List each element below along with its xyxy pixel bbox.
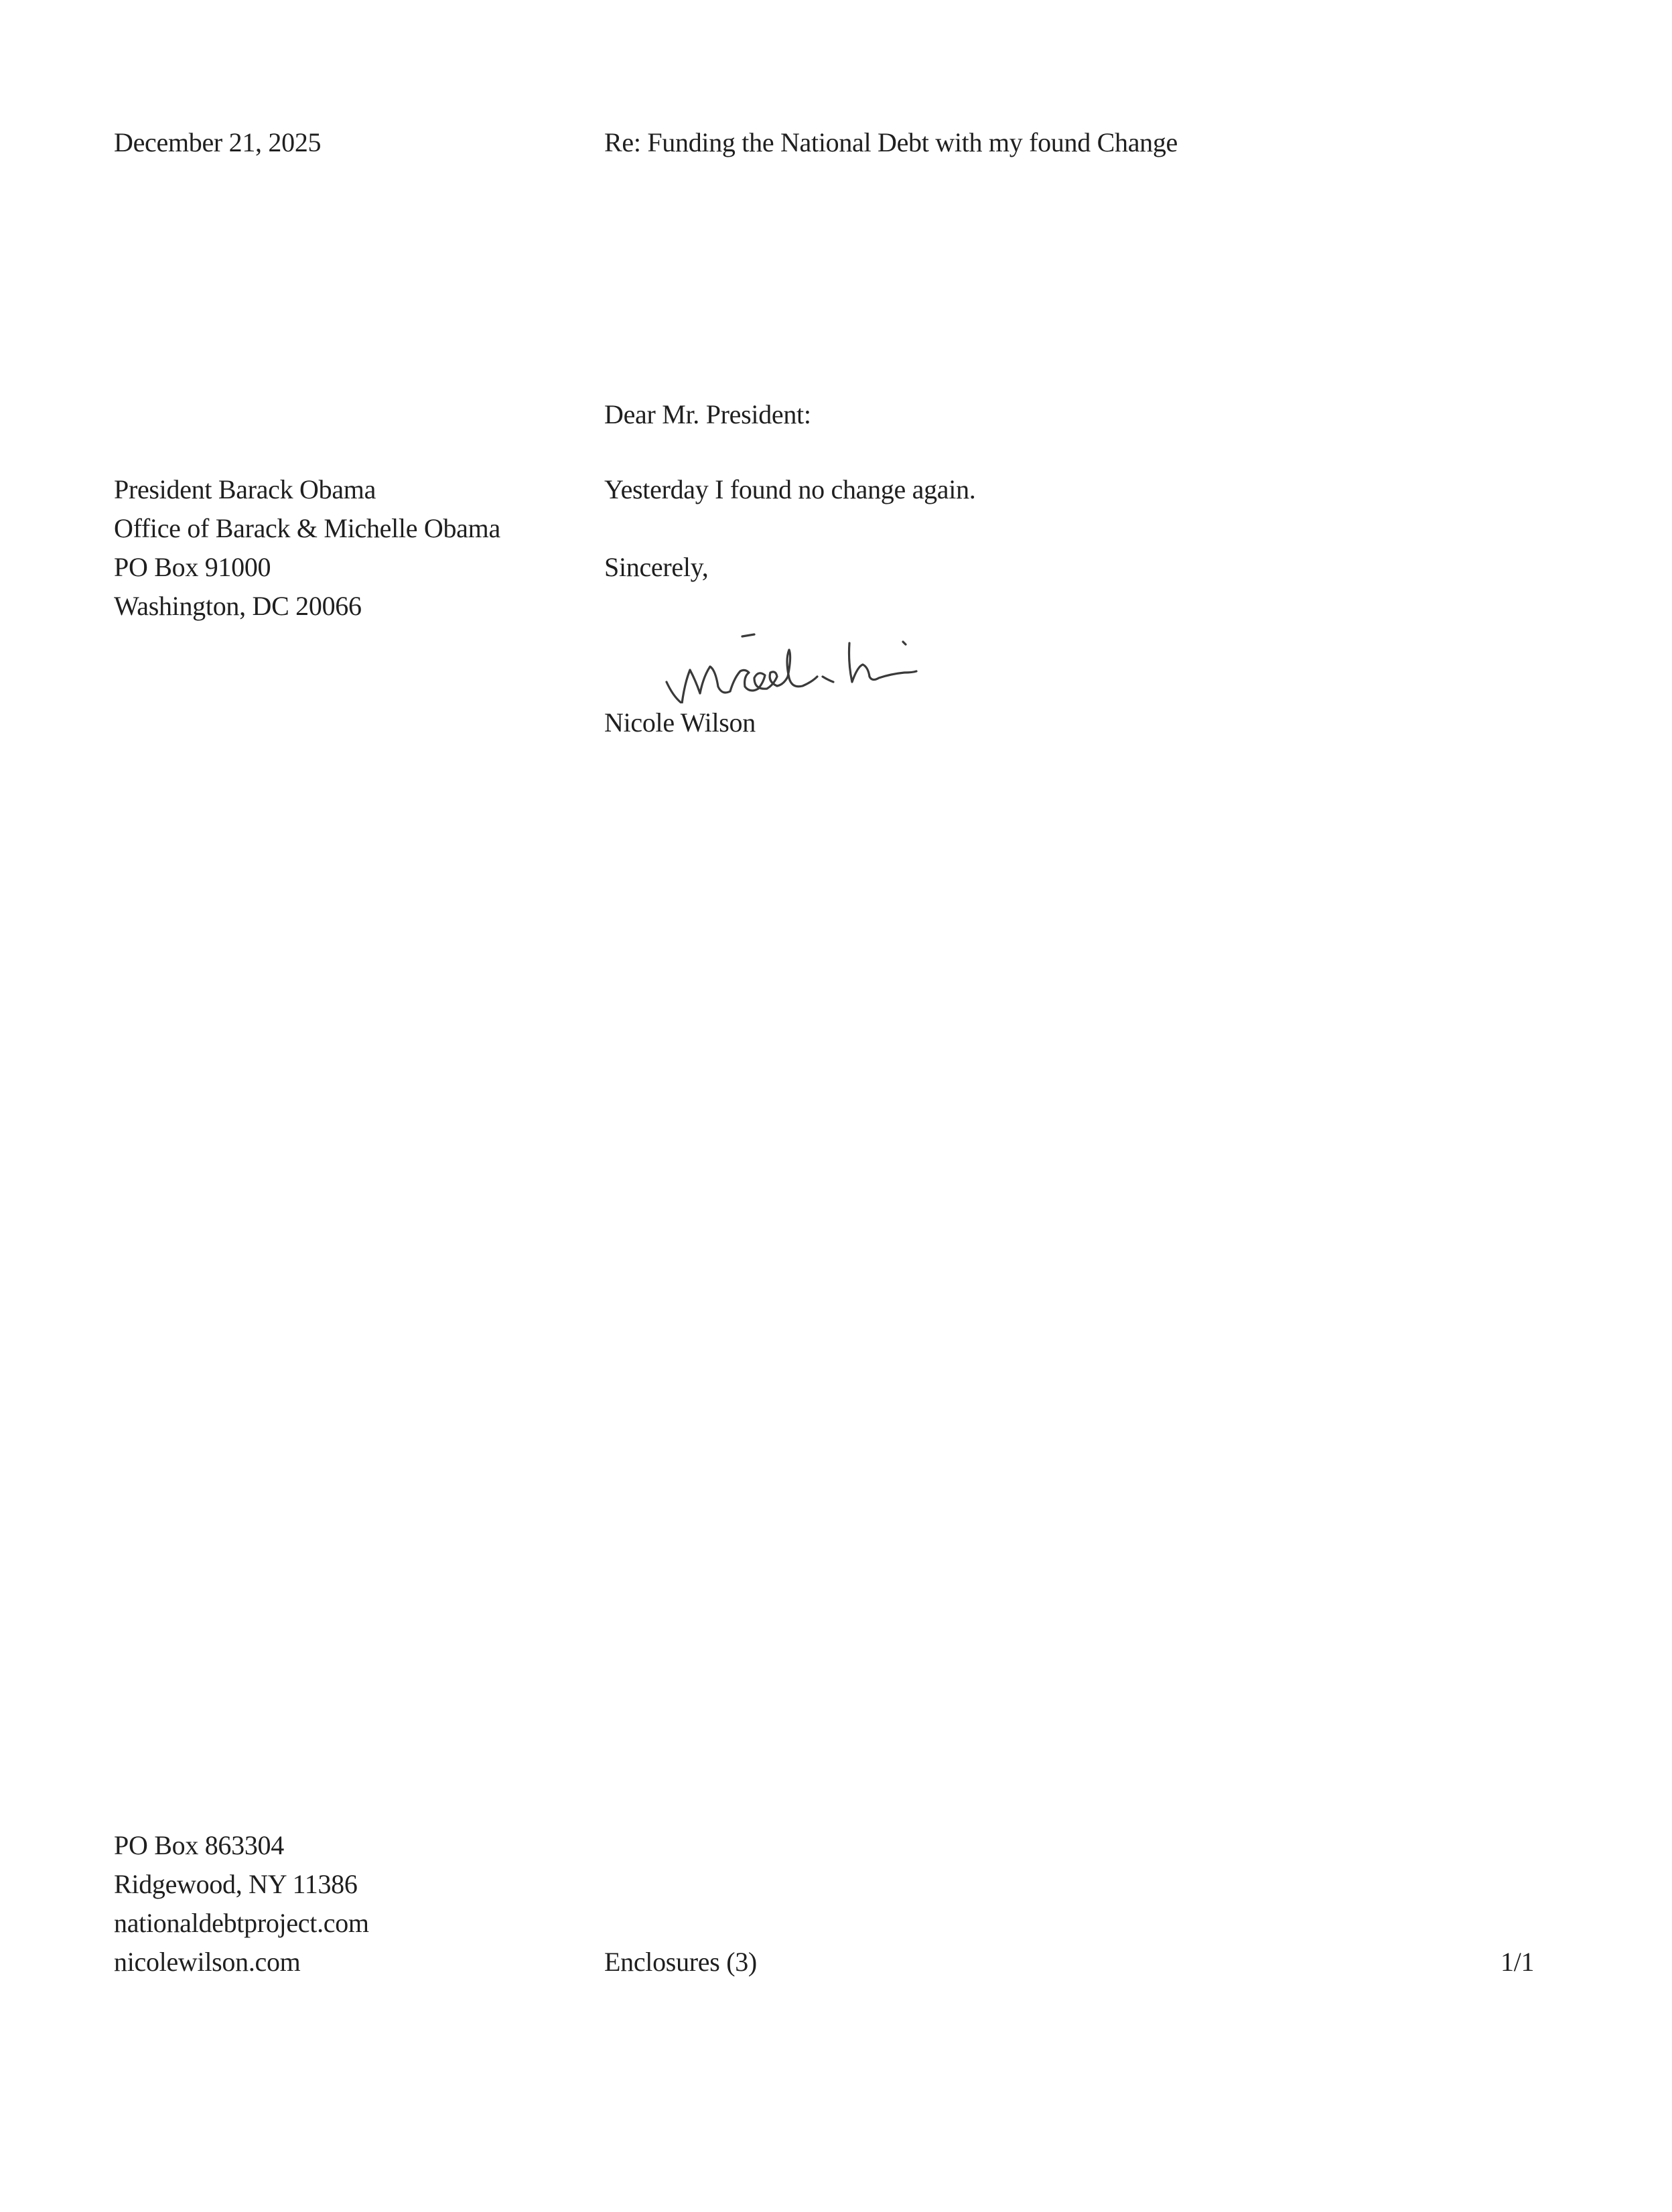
salutation: Dear Mr. President: — [604, 395, 811, 434]
letter-subject: Re: Funding the National Debt with my fo… — [604, 123, 1178, 162]
recipient-line: President Barack Obama — [114, 470, 500, 509]
recipient-line: Office of Barack & Michelle Obama — [114, 509, 500, 548]
sender-address-line: PO Box 863304 — [114, 1826, 369, 1865]
page-number: 1/1 — [1501, 1943, 1534, 1982]
recipient-line: Washington, DC 20066 — [114, 587, 500, 626]
letter-date: December 21, 2025 — [114, 123, 321, 162]
sender-address: PO Box 863304 Ridgewood, NY 11386 nation… — [114, 1826, 369, 1982]
sender-address-line: Ridgewood, NY 11386 — [114, 1865, 369, 1904]
signer-name: Nicole Wilson — [604, 703, 756, 742]
enclosures-note: Enclosures (3) — [604, 1943, 757, 1982]
closing: Sincerely, — [604, 548, 708, 587]
signature-icon — [636, 603, 951, 703]
recipient-address: President Barack Obama Office of Barack … — [114, 470, 500, 626]
letter-body: Yesterday I found no change again. — [604, 470, 975, 509]
sender-website-link[interactable]: nicolewilson.com — [114, 1943, 369, 1982]
recipient-line: PO Box 91000 — [114, 548, 500, 587]
sender-website-link[interactable]: nationaldebtproject.com — [114, 1904, 369, 1943]
